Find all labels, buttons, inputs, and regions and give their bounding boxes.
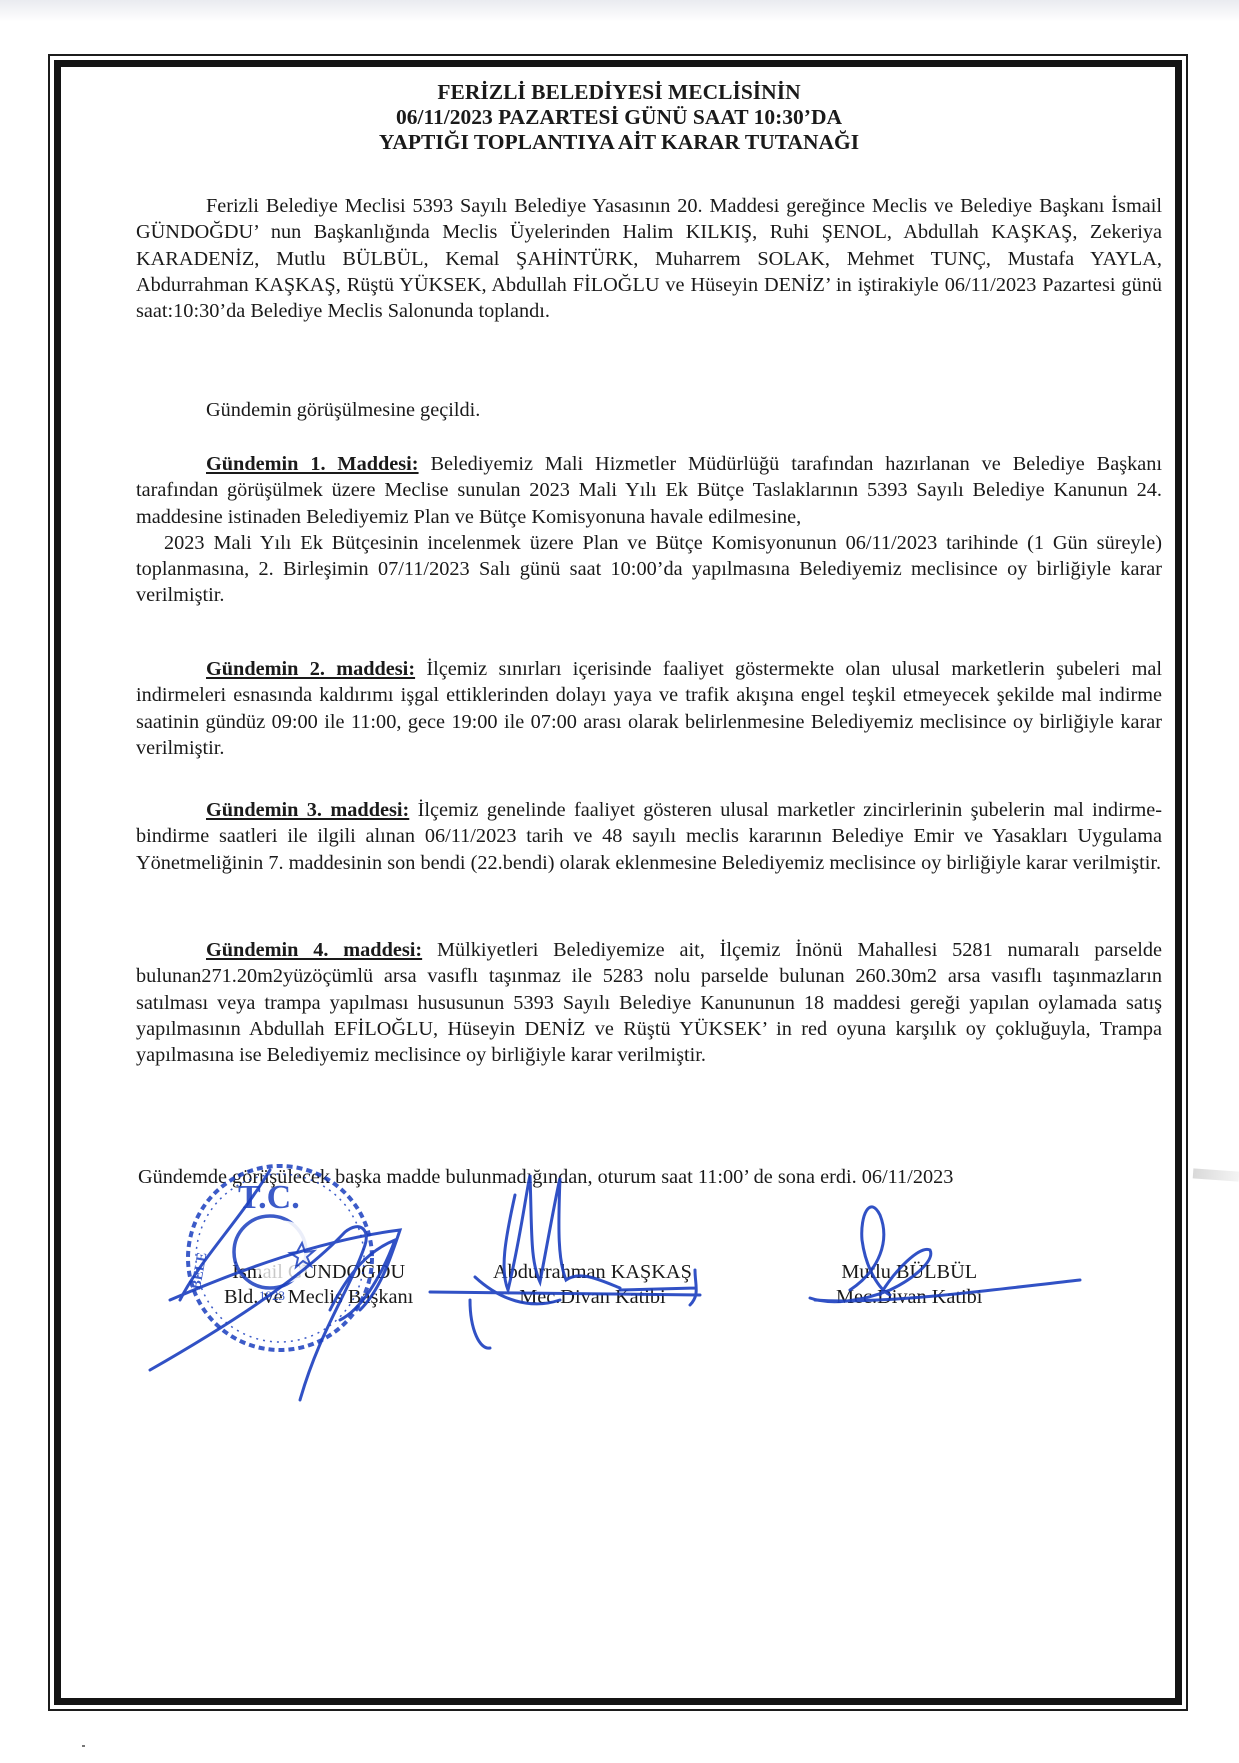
agenda-item-2-heading: Gündemin 2. maddesi: (206, 658, 415, 680)
signatory-role: Mec.Divan Katibi (493, 1285, 692, 1310)
signature-block-clerk-2: Mutlu BÜLBÜL Mec.Divan Katibi (836, 1260, 982, 1310)
agenda-item-2: Gündemin 2. maddesi: İlçemiz sınırları i… (136, 656, 1162, 761)
scan-dot-artifact (82, 1745, 85, 1747)
title-line-1: FERİZLİ BELEDİYESİ MECLİSİNİN (60, 80, 1178, 105)
signature-block-clerk-1: Abdurrahman KAŞKAŞ Mec.Divan Katibi (493, 1260, 692, 1310)
signatory-role: Mec.Divan Katibi (836, 1285, 982, 1310)
intro-text: Ferizli Belediye Meclisi 5393 Sayılı Bel… (136, 193, 1162, 324)
agenda-item-4: Gündemin 4. maddesi: Mülkiyetleri Beledi… (136, 937, 1162, 1068)
signature-block-chairman: İsmail GÜNDOĞDU Bld. ve Meclis Başkanı (224, 1260, 413, 1310)
scan-shading (0, 0, 1239, 22)
agenda-item-1: Gündemin 1. Maddesi: Belediyemiz Mali Hi… (136, 451, 1162, 609)
agenda-start-text: Gündemin görüşülmesine geçildi. (136, 397, 1162, 423)
agenda-item-1-continuation: 2023 Mali Yılı Ek Bütçesinin incelenmek … (136, 530, 1162, 609)
closing-statement: Gündemde görüşülecek başka madde bulunma… (138, 1166, 953, 1189)
signatory-name: Abdurrahman KAŞKAŞ (493, 1260, 692, 1285)
title-line-3: YAPTIĞI TOPLANTIYA AİT KARAR TUTANAĞI (60, 130, 1178, 155)
agenda-start-paragraph: Gündemin görüşülmesine geçildi. (136, 397, 1162, 423)
scan-edge-artifact (1193, 1168, 1239, 1181)
agenda-item-1-heading: Gündemin 1. Maddesi: (206, 453, 419, 475)
title-line-2: 06/11/2023 PAZARTESİ GÜNÜ SAAT 10:30’DA (60, 105, 1178, 130)
signatory-role: Bld. ve Meclis Başkanı (224, 1285, 413, 1310)
agenda-item-3-heading: Gündemin 3. maddesi: (206, 799, 409, 821)
signatory-name: Mutlu BÜLBÜL (836, 1260, 982, 1285)
agenda-item-3: Gündemin 3. maddesi: İlçemiz genelinde f… (136, 797, 1162, 876)
agenda-item-4-heading: Gündemin 4. maddesi: (206, 939, 422, 961)
document-title: FERİZLİ BELEDİYESİ MECLİSİNİN 06/11/2023… (60, 80, 1178, 155)
signatory-name: İsmail GÜNDOĞDU (224, 1260, 413, 1285)
intro-paragraph: Ferizli Belediye Meclisi 5393 Sayılı Bel… (136, 193, 1162, 324)
